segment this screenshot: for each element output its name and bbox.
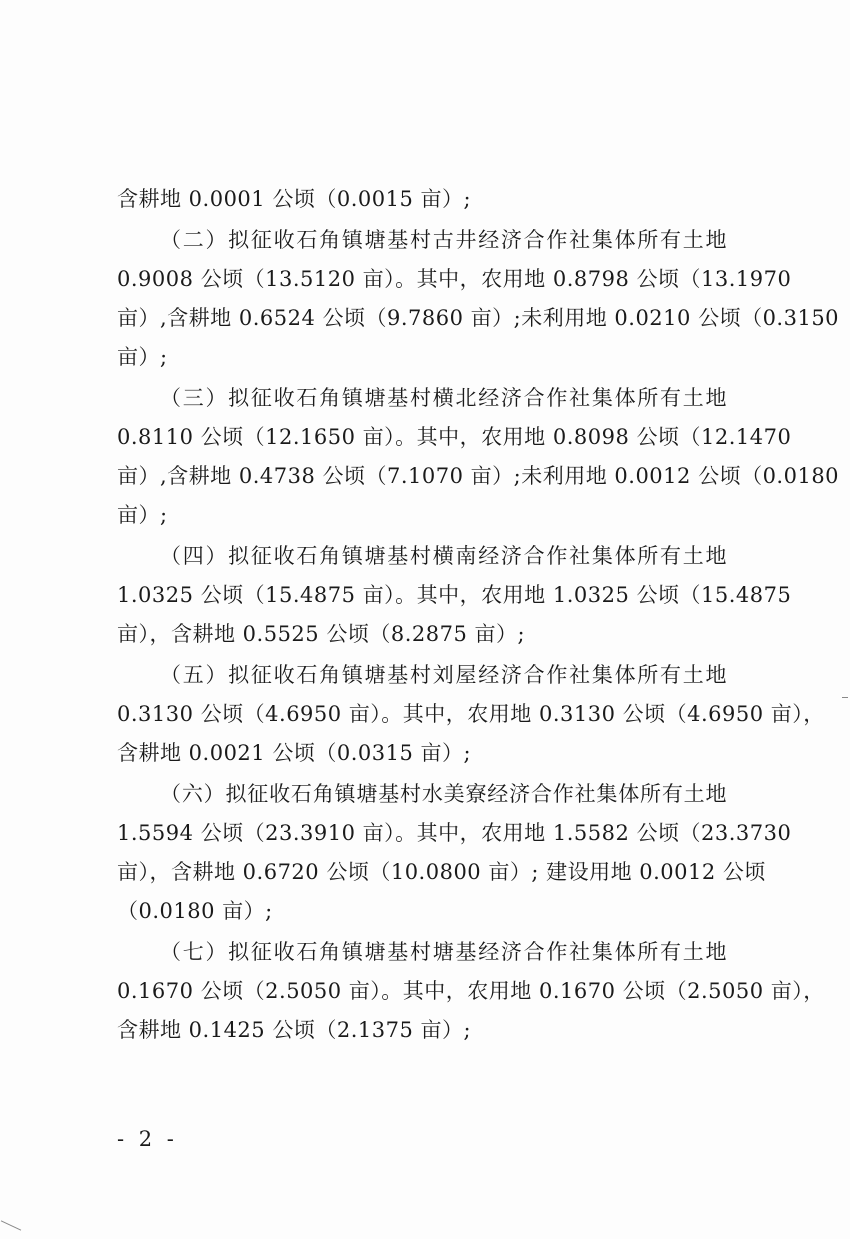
text-line-11: 1.0325 公顷（15.4875 亩）。其中，农用地 1.0325 公顷（15… <box>117 582 727 608</box>
text-line-22: 含耕地 0.1425 公顷（2.1375 亩）; <box>117 1017 727 1043</box>
text-line-12: 亩），含耕地 0.5525 公顷（8.2875 亩）; <box>117 621 727 647</box>
text-line-7: 0.8110 公顷（12.1650 亩）。其中，农用地 0.8098 公顷（12… <box>117 424 727 450</box>
section-3-heading: （三）拟征收石角镇塘基村横北经济合作社集体所有土地 <box>160 385 727 411</box>
text-line-9: 亩）; <box>117 502 727 528</box>
scan-artifact <box>1 1220 21 1230</box>
section-6-heading: （六）拟征收石角镇塘基村水美寮经济合作社集体所有土地 <box>160 781 727 807</box>
text-line-17: 1.5594 公顷（23.3910 亩）。其中，农用地 1.5582 公顷（23… <box>117 820 727 846</box>
text-line-8: 亩）,含耕地 0.4738 公顷（7.1070 亩）;未利用地 0.0012 公… <box>117 463 727 489</box>
scan-artifact <box>842 697 848 698</box>
section-7-heading: （七）拟征收石角镇塘基村塘基经济合作社集体所有土地 <box>160 939 727 965</box>
text-line-21: 0.1670 公顷（2.5050 亩）。其中，农用地 0.1670 公顷（2.5… <box>117 978 727 1004</box>
text-line-19: （0.0180 亩）; <box>117 898 727 924</box>
page-number: - 2 - <box>117 1126 178 1152</box>
section-5-heading: （五）拟征收石角镇塘基村刘屋经济合作社集体所有土地 <box>160 662 727 688</box>
text-line-4: 亩）,含耕地 0.6524 公顷（9.7860 亩）;未利用地 0.0210 公… <box>117 305 727 331</box>
text-line-15: 含耕地 0.0021 公顷（0.0315 亩）; <box>117 740 727 766</box>
text-line-3: 0.9008 公顷（13.5120 亩）。其中，农用地 0.8798 公顷（13… <box>117 266 727 292</box>
text-line-18: 亩），含耕地 0.6720 公顷（10.0800 亩）; 建设用地 0.0012… <box>117 859 727 885</box>
section-4-heading: （四）拟征收石角镇塘基村横南经济合作社集体所有土地 <box>160 543 727 569</box>
text-line-14: 0.3130 公顷（4.6950 亩）。其中，农用地 0.3130 公顷（4.6… <box>117 701 727 727</box>
section-2-heading: （二）拟征收石角镇塘基村古井经济合作社集体所有土地 <box>160 227 727 253</box>
text-line-1: 含耕地 0.0001 公顷（0.0015 亩）; <box>117 186 727 212</box>
text-line-5: 亩）; <box>117 344 727 370</box>
document-page: 含耕地 0.0001 公顷（0.0015 亩）; （二）拟征收石角镇塘基村古井经… <box>0 0 850 1239</box>
